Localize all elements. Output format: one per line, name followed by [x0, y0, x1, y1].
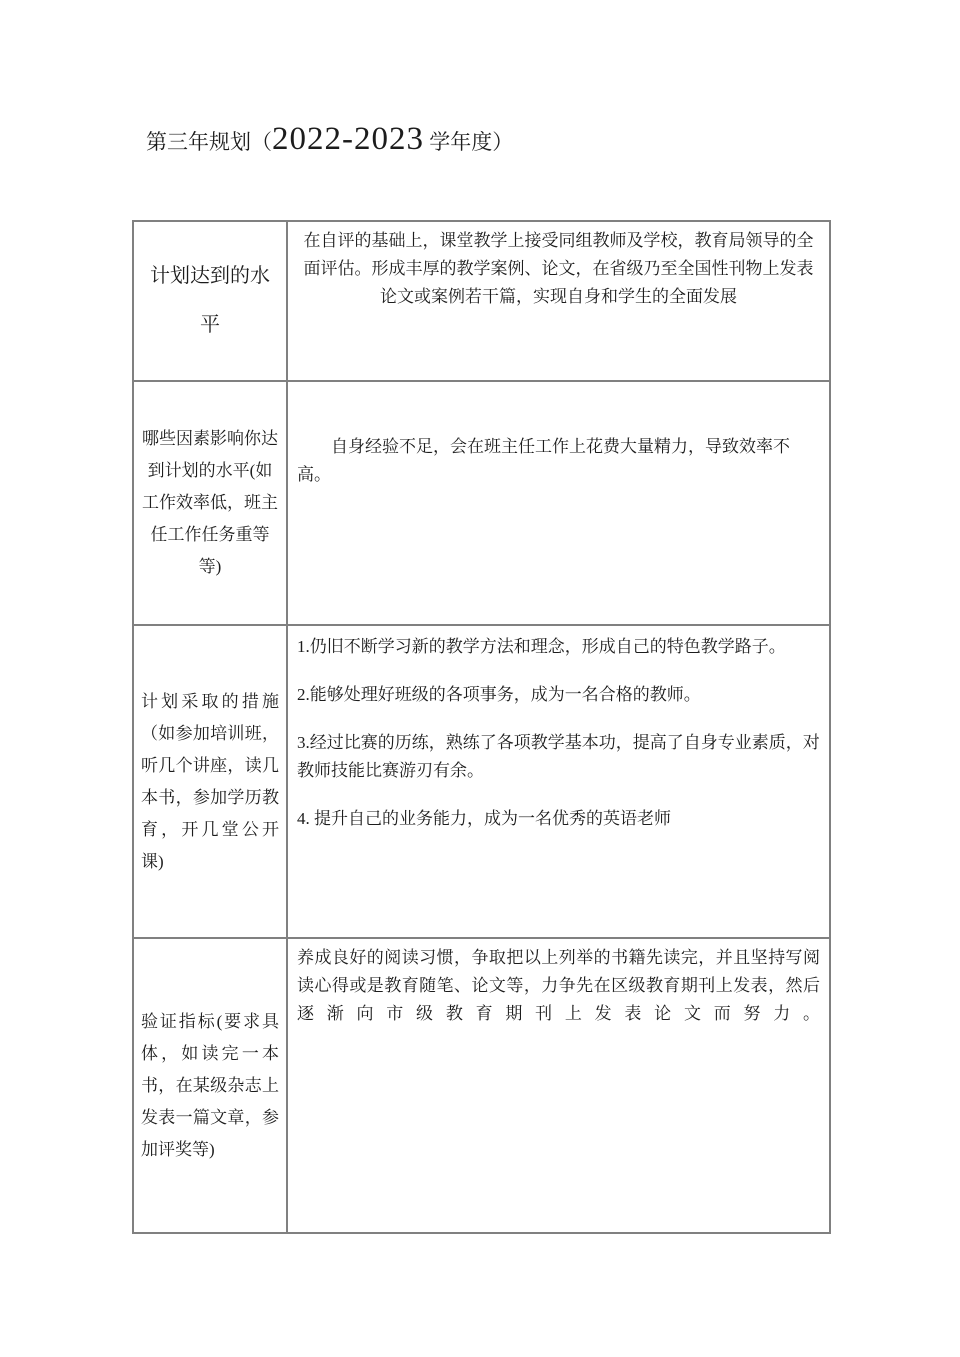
row-content-influencing-factors: 自身经验不足，会在班主任工作上花费大量精力，导致效率不高。 [287, 381, 830, 625]
measure-item: 2.能够处理好班级的各项事务，成为一名合格的教师。 [297, 681, 820, 709]
title-suffix: 学年度） [424, 130, 513, 154]
table-row-planned-measures: 计划采取的措施（如参加培训班，听几个讲座，读几本书，参加学历教育，开几堂公开课)… [133, 625, 830, 938]
row-content-verification-indicators: 养成良好的阅读习惯，争取把以上列举的书籍先读完，并且坚持写阅读心得或是教育随笔、… [287, 938, 830, 1233]
page-title: 第三年规划（2022-2023 学年度） [146, 118, 513, 166]
measure-item: 1.仍旧不断学习新的教学方法和理念，形成自己的特色教学路子。 [297, 633, 820, 661]
measures-list: 1.仍旧不断学习新的教学方法和理念，形成自己的特色教学路子。 2.能够处理好班级… [297, 633, 820, 833]
table-row-verification-indicators: 验证指标(要求具体，如读完一本书，在某级杂志上发表一篇文章，参加评奖等) 养成良… [133, 938, 830, 1233]
title-school-years: 2022-2023 [272, 121, 424, 157]
verification-indicators-text: 养成良好的阅读习惯，争取把以上列举的书籍先读完，并且坚持写阅读心得或是教育随笔、… [297, 944, 820, 1056]
measure-item: 3.经过比赛的历练，熟练了各项教学基本功，提高了自身专业素质，对教师技能比赛游刃… [297, 729, 820, 785]
row-label-verification-indicators: 验证指标(要求具体，如读完一本书，在某级杂志上发表一篇文章，参加评奖等) [133, 938, 287, 1233]
row-label-planned-measures: 计划采取的措施（如参加培训班，听几个讲座，读几本书，参加学历教育，开几堂公开课) [133, 625, 287, 938]
measure-item: 4. 提升自己的业务能力，成为一名优秀的英语老师 [297, 805, 820, 833]
title-prefix: 第三年规划（ [146, 130, 272, 154]
row-label-planned-level: 计划达到的水平 [133, 221, 287, 381]
row-content-planned-measures: 1.仍旧不断学习新的教学方法和理念，形成自己的特色教学路子。 2.能够处理好班级… [287, 625, 830, 938]
row-content-planned-level: 在自评的基础上，课堂教学上接受同组教师及学校，教育局领导的全面评估。形成丰厚的教… [287, 221, 830, 381]
row-label-influencing-factors: 哪些因素影响你达到计划的水平(如工作效率低，班主任工作任务重等等) [133, 381, 287, 625]
plan-table: 计划达到的水平 在自评的基础上，课堂教学上接受同组教师及学校，教育局领导的全面评… [132, 220, 831, 1234]
table-row-influencing-factors: 哪些因素影响你达到计划的水平(如工作效率低，班主任工作任务重等等) 自身经验不足… [133, 381, 830, 625]
influencing-factors-text: 自身经验不足，会在班主任工作上花费大量精力，导致效率不高。 [297, 387, 820, 489]
table-row-planned-level: 计划达到的水平 在自评的基础上，课堂教学上接受同组教师及学校，教育局领导的全面评… [133, 221, 830, 381]
document-page: 第三年规划（2022-2023 学年度） 计划达到的水平 在自评的基础上，课堂教… [0, 0, 960, 1357]
